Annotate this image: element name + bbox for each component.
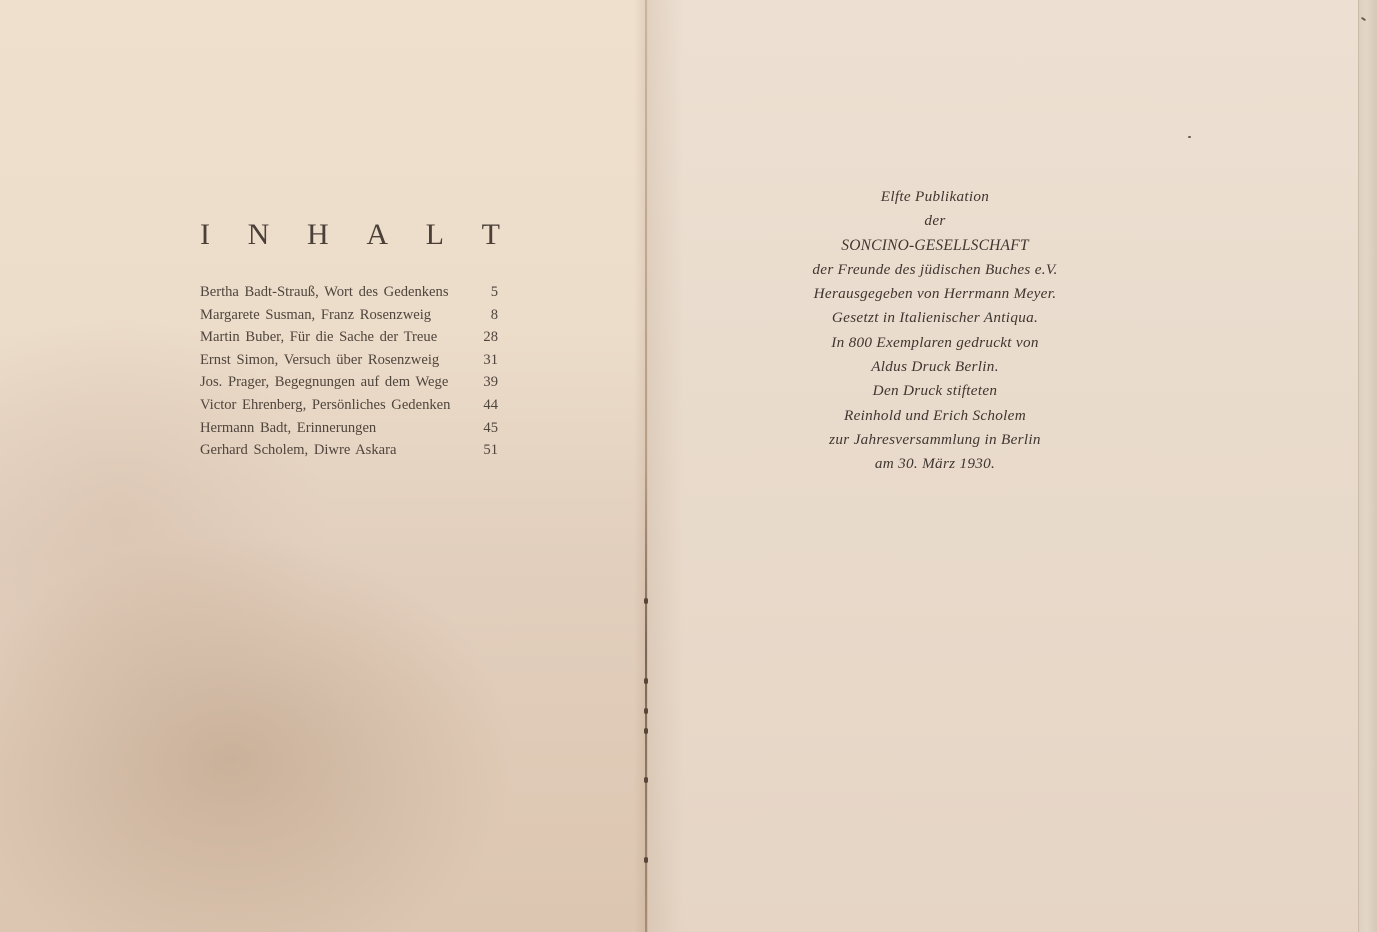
toc-entry: Victor Ehrenberg, Persönliches Gedenken …	[200, 394, 498, 417]
toc-entry: Ernst Simon, Versuch über Rosenzweig 31	[200, 349, 498, 372]
toc-entry: Margarete Susman, Franz Rosenzweig 8	[200, 304, 498, 327]
toc-entry-title: Hermann Badt, Erinnerungen	[200, 417, 376, 440]
toc-entry-page: 45	[478, 417, 498, 440]
colophon-line: Den Druck stifteten	[780, 379, 1090, 403]
book-spine	[645, 0, 647, 932]
heading-letter: H	[307, 218, 329, 252]
heading-letter: T	[482, 218, 500, 252]
toc-entry-title: Martin Buber, Für die Sache der Treue	[200, 326, 437, 349]
toc-entry: Jos. Prager, Begegnungen auf dem Wege 39	[200, 371, 498, 394]
colophon-line: Aldus Druck Berlin.	[780, 355, 1090, 379]
toc-entry-title: Bertha Badt-Strauß, Wort des Gedenkens	[200, 281, 449, 304]
page-block-edge	[1358, 0, 1377, 932]
toc-entry-title: Ernst Simon, Versuch über Rosenzweig	[200, 349, 439, 372]
toc-entry-page: 8	[478, 304, 498, 327]
colophon-line: der Freunde des jüdischen Buches e.V.	[780, 258, 1090, 282]
colophon-line: In 800 Exemplaren gedruckt von	[780, 331, 1090, 355]
colophon: Elfte Publikation der SONCINO-GESELLSCHA…	[780, 185, 1090, 477]
heading-letter: I	[200, 218, 210, 252]
toc-entry-page: 5	[478, 281, 498, 304]
toc-entry-page: 28	[478, 326, 498, 349]
toc-entry-title: Gerhard Scholem, Diwre Askara	[200, 439, 396, 462]
toc-entry-title: Jos. Prager, Begegnungen auf dem Wege	[200, 371, 448, 394]
colophon-line: der	[780, 209, 1090, 233]
left-page: I N H A L T Bertha Badt-Strauß, Wort des…	[0, 0, 648, 932]
heading-letter: A	[366, 218, 388, 252]
toc-entry-page: 31	[478, 349, 498, 372]
colophon-line: am 30. März 1930.	[780, 452, 1090, 476]
toc-entry-page: 51	[478, 439, 498, 462]
toc-entry-title: Margarete Susman, Franz Rosenzweig	[200, 304, 431, 327]
toc-entry: Martin Buber, Für die Sache der Treue 28	[200, 326, 498, 349]
paper-speck	[1361, 17, 1366, 22]
toc-entry-title: Victor Ehrenberg, Persönliches Gedenken	[200, 394, 450, 417]
colophon-line: Gesetzt in Italienischer Antiqua.	[780, 306, 1090, 330]
toc-entry: Bertha Badt-Strauß, Wort des Gedenkens 5	[200, 281, 498, 304]
colophon-line: zur Jahresversammlung in Berlin	[780, 428, 1090, 452]
colophon-line: Elfte Publikation	[780, 185, 1090, 209]
toc-entry: Gerhard Scholem, Diwre Askara 51	[200, 439, 498, 462]
paper-speck	[1188, 136, 1191, 138]
toc-entry: Hermann Badt, Erinnerungen 45	[200, 417, 498, 440]
toc-entry-page: 39	[478, 371, 498, 394]
contents-heading: I N H A L T	[200, 218, 500, 252]
table-of-contents: Bertha Badt-Strauß, Wort des Gedenkens 5…	[200, 281, 498, 462]
society-name: SONCINO-GESELLSCHAFT	[780, 234, 1090, 258]
colophon-line: Herausgegeben von Herrmann Meyer.	[780, 282, 1090, 306]
open-book-spread: I N H A L T Bertha Badt-Strauß, Wort des…	[0, 0, 1377, 932]
toc-entry-page: 44	[478, 394, 498, 417]
heading-letter: L	[426, 218, 444, 252]
colophon-line: Reinhold und Erich Scholem	[780, 404, 1090, 428]
heading-letter: N	[248, 218, 270, 252]
